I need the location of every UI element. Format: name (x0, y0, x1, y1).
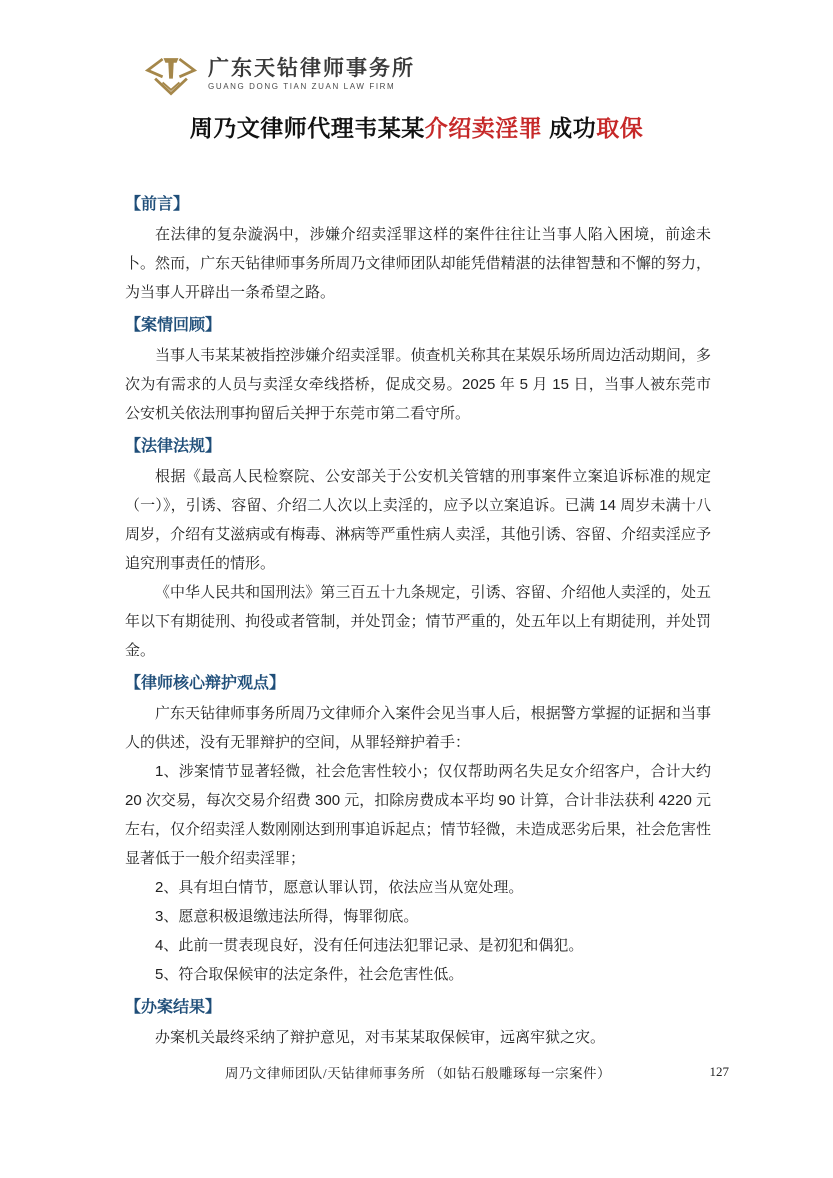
paragraph: 3、愿意积极退缴违法所得，悔罪彻底。 (125, 902, 711, 931)
paragraph: 广东天钻律师事务所周乃文律师介入案件会见当事人后，根据警方掌握的证据和当事人的供… (125, 699, 711, 757)
section-heading: 【法律法规】 (125, 436, 711, 458)
document-page: 广东天钻律师事务所 GUANG DONG TIAN ZUAN LAW FIRM … (0, 0, 833, 1178)
paragraph: 《中华人民共和国刑法》第三百五十九条规定，引诱、容留、介绍他人卖淫的，处五年以下… (125, 578, 711, 665)
section-heading: 【前言】 (125, 194, 711, 216)
paragraph: 5、符合取保候审的法定条件，社会危害性低。 (125, 960, 711, 989)
logo-name-en: GUANG DONG TIAN ZUAN LAW FIRM (208, 82, 415, 91)
paragraph: 1、涉案情节显著轻微，社会危害性较小；仅仅帮助两名失足女介绍客户，合计大约 20… (125, 757, 711, 873)
paragraph: 2、具有坦白情节，愿意认罪认罚，依法应当从宽处理。 (125, 873, 711, 902)
logo-name-cn: 广东天钻律师事务所 (208, 57, 415, 81)
paragraph: 当事人韦某某被指控涉嫌介绍卖淫罪。侦查机关称其在某娱乐场所周边活动期间，多次为有… (125, 341, 711, 428)
title-segment-red-2: 取保 (596, 115, 643, 141)
title-segment-red-1: 介绍卖淫罪 (425, 115, 543, 141)
page-number: 127 (710, 1064, 730, 1080)
document-body: 【前言】 在法律的复杂漩涡中，涉嫌介绍卖淫罪这样的案件往往让当事人陷入困境，前途… (125, 186, 711, 1052)
paragraph: 在法律的复杂漩涡中，涉嫌介绍卖淫罪这样的案件往往让当事人陷入困境，前途未卜。然而… (125, 220, 711, 307)
section-defense-points: 【律师核心辩护观点】 广东天钻律师事务所周乃文律师介入案件会见当事人后，根据警方… (125, 673, 711, 989)
footer: 周乃文律师团队/天钻律师事务所 （如钻石般雕琢每一宗案件） 127 (125, 1062, 711, 1086)
section-heading: 【案情回顾】 (125, 315, 711, 337)
footer-tagline: 周乃文律师团队/天钻律师事务所 （如钻石般雕琢每一宗案件） (125, 1062, 711, 1082)
section-case-review: 【案情回顾】 当事人韦某某被指控涉嫌介绍卖淫罪。侦查机关称其在某娱乐场所周边活动… (125, 315, 711, 428)
title-segment-black-1: 周乃文律师代理韦某某 (190, 115, 425, 141)
section-preface: 【前言】 在法律的复杂漩涡中，涉嫌介绍卖淫罪这样的案件往往让当事人陷入困境，前途… (125, 194, 711, 307)
logo-text: 广东天钻律师事务所 GUANG DONG TIAN ZUAN LAW FIRM (208, 57, 415, 91)
header-logo: 广东天钻律师事务所 GUANG DONG TIAN ZUAN LAW FIRM (143, 50, 415, 98)
paragraph: 4、此前一贯表现良好，没有任何违法犯罪记录、是初犯和偶犯。 (125, 931, 711, 960)
section-laws: 【法律法规】 根据《最高人民检察院、公安部关于公安机关管辖的刑事案件立案追诉标准… (125, 436, 711, 665)
section-result: 【办案结果】 办案机关最终采纳了辩护意见，对韦某某取保候审，远离牢狱之灾。 (125, 997, 711, 1052)
diamond-t-logo-icon (143, 50, 199, 98)
title-segment-black-2: 成功 (542, 115, 596, 141)
paragraph: 办案机关最终采纳了辩护意见，对韦某某取保候审，远离牢狱之灾。 (125, 1023, 711, 1052)
paragraph: 根据《最高人民检察院、公安部关于公安机关管辖的刑事案件立案追诉标准的规定（一）》… (125, 462, 711, 578)
section-heading: 【律师核心辩护观点】 (125, 673, 711, 695)
section-heading: 【办案结果】 (125, 997, 711, 1019)
page-title: 周乃文律师代理韦某某介绍卖淫罪 成功取保 (0, 112, 833, 144)
